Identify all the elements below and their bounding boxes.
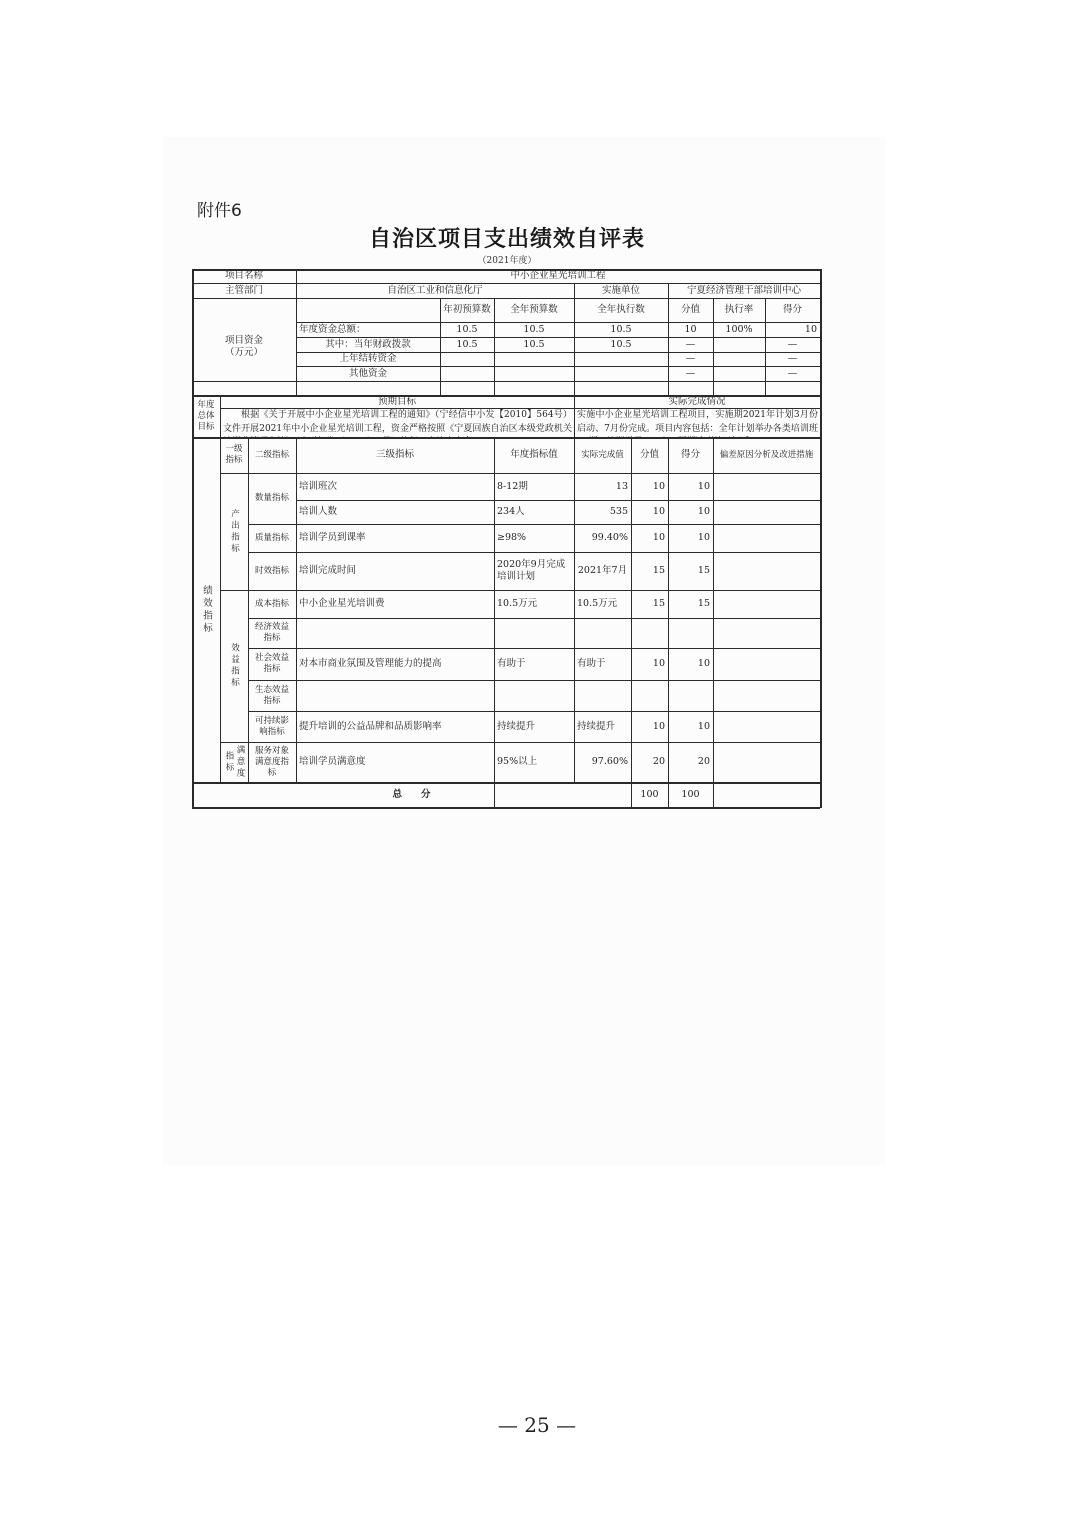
department-label: 主管部门	[192, 283, 296, 298]
target-value: 有助于	[494, 648, 574, 680]
performance-indicators-label: 绩效指标	[192, 437, 220, 782]
funds-score_value: —	[668, 337, 713, 352]
actual-value: 2021年7月	[574, 552, 631, 590]
funds-score: —	[765, 352, 820, 366]
funds-rate: 100%	[713, 322, 765, 337]
header-actual: 实际完成值	[574, 437, 631, 473]
level3-indicator: 中小企业星光培训费	[296, 590, 494, 618]
score	[668, 618, 713, 648]
funds-rate	[713, 352, 765, 366]
level1-group-label: 满意度指标	[220, 742, 248, 782]
implementer-value: 宁夏经济管理干部培训中心	[668, 283, 820, 298]
expected-goal-text: 根据《关于开展中小企业星光培训工程的通知》（宁经信中小发【2010】564号）文…	[221, 409, 574, 437]
funds-header: 分值	[668, 298, 713, 322]
deviation-analysis	[713, 742, 820, 782]
funds-header: 得分	[765, 298, 820, 322]
level1-group-label: 效益指标	[220, 590, 248, 742]
score-value: 20	[631, 742, 668, 782]
actual-value: 有助于	[574, 648, 631, 680]
performance-evaluation-table: 项目名称中小企业星光培训工程主管部门自治区工业和信息化厅实施单位宁夏经济管理干部…	[0, 0, 1074, 1520]
score-value: 15	[631, 552, 668, 590]
score-value: 10	[631, 711, 668, 742]
level3-indicator: 培训人数	[296, 500, 494, 524]
target-value: 234人	[494, 500, 574, 524]
level3-indicator: 培训完成时间	[296, 552, 494, 590]
level3-indicator: 提升培训的公益品牌和品质影响率	[296, 711, 494, 742]
expected-goal-header: 预期目标	[220, 395, 574, 408]
level2-label: 生态效益指标	[248, 680, 296, 711]
deviation-analysis	[713, 680, 820, 711]
actual-value: 持续提升	[574, 711, 631, 742]
level2-label: 可持续影响指标	[248, 711, 296, 742]
funds-annual: 10.5	[494, 322, 574, 337]
deviation-analysis	[713, 524, 820, 552]
score-value: 10	[631, 648, 668, 680]
department-value: 自治区工业和信息化厅	[296, 283, 574, 298]
actual-status-text: 实施中小企业星光培训工程项目，实施期2021年计划3月份启动、7月份完成。项目内…	[575, 409, 820, 437]
score: 10	[668, 500, 713, 524]
table-rule	[192, 807, 820, 809]
funds-initial: 10.5	[440, 322, 494, 337]
score: 10	[668, 648, 713, 680]
score-value: 10	[631, 473, 668, 500]
score	[668, 680, 713, 711]
funds-executed: 10.5	[574, 322, 668, 337]
deviation-analysis	[713, 473, 820, 500]
score: 20	[668, 742, 713, 782]
page-number: — 25 —	[0, 1413, 1074, 1437]
funds-row-name: 其中：当年财政拨款	[296, 337, 440, 352]
header-score-value: 分值	[631, 437, 668, 473]
total-score-value: 100	[631, 782, 668, 807]
header-level3: 三级指标	[296, 437, 494, 473]
funds-row-name: 上年结转资金	[296, 352, 440, 366]
header-analysis: 偏差原因分析及改进措施	[713, 437, 820, 473]
level2-label: 成本指标	[248, 590, 296, 618]
score: 15	[668, 552, 713, 590]
actual-value: 97.60%	[574, 742, 631, 782]
funds-annual: 10.5	[494, 337, 574, 352]
actual-value	[574, 618, 631, 648]
header-score: 得分	[668, 437, 713, 473]
deviation-analysis	[713, 552, 820, 590]
level2-label: 质量指标	[248, 524, 296, 552]
funds-executed	[574, 352, 668, 366]
level1-group-label: 产出指标	[220, 473, 248, 590]
funds-initial	[440, 352, 494, 366]
header-level1: 一级指标	[220, 437, 248, 473]
funds-executed	[574, 366, 668, 381]
actual-value: 99.40%	[574, 524, 631, 552]
deviation-analysis	[713, 618, 820, 648]
deviation-analysis	[713, 648, 820, 680]
target-value: 8-12期	[494, 473, 574, 500]
funds-row-name: 其他资金	[296, 366, 440, 381]
funds-rate	[713, 337, 765, 352]
deviation-analysis	[713, 500, 820, 524]
funds-header: 全年执行数	[574, 298, 668, 322]
actual-status-header: 实际完成情况	[574, 395, 820, 408]
total-score: 100	[668, 782, 713, 807]
target-value: 持续提升	[494, 711, 574, 742]
score-value: 10	[631, 524, 668, 552]
level3-indicator	[296, 618, 494, 648]
funds-annual	[494, 366, 574, 381]
total-label: 总 分	[192, 782, 631, 807]
implementer-label: 实施单位	[574, 283, 668, 298]
score: 10	[668, 524, 713, 552]
funds-score: 10	[765, 322, 820, 337]
level3-indicator: 培训班次	[296, 473, 494, 500]
level3-indicator: 对本市商业氛围及管理能力的提高	[296, 648, 494, 680]
level2-label: 经济效益指标	[248, 618, 296, 648]
deviation-analysis	[713, 590, 820, 618]
actual-value: 10.5万元	[574, 590, 631, 618]
funds-header: 年初预算数	[440, 298, 494, 322]
deviation-analysis	[713, 711, 820, 742]
header-target: 年度指标值	[494, 437, 574, 473]
level3-indicator	[296, 680, 494, 711]
target-value	[494, 680, 574, 711]
actual-value	[574, 680, 631, 711]
project-name-value: 中小企业星光培训工程	[296, 269, 820, 283]
level2-label: 社会效益指标	[248, 648, 296, 680]
funds-label-line: 项目资金	[225, 335, 263, 347]
funds-initial: 10.5	[440, 337, 494, 352]
funds-annual	[494, 352, 574, 366]
funds-label-unit: （万元）	[225, 347, 263, 359]
score: 10	[668, 711, 713, 742]
funds-header: 执行率	[713, 298, 765, 322]
score-value	[631, 618, 668, 648]
score: 10	[668, 473, 713, 500]
target-value: 95%以上	[494, 742, 574, 782]
project-name-label: 项目名称	[192, 269, 296, 283]
funds-score: —	[765, 366, 820, 381]
score-value: 15	[631, 590, 668, 618]
table-rule	[820, 269, 822, 808]
funds-row-name: 年度资金总额：	[296, 322, 440, 337]
level2-label: 数量指标	[248, 473, 296, 524]
level3-indicator: 培训学员满意度	[296, 742, 494, 782]
target-value: 10.5万元	[494, 590, 574, 618]
level2-label: 服务对象满意度指标	[248, 742, 296, 782]
level2-label: 时效指标	[248, 552, 296, 590]
target-value: ≥98%	[494, 524, 574, 552]
funds-score: —	[765, 337, 820, 352]
funds-header: 全年预算数	[494, 298, 574, 322]
score-value	[631, 680, 668, 711]
level3-indicator: 培训学员到课率	[296, 524, 494, 552]
funds-rate	[713, 366, 765, 381]
actual-value: 13	[574, 473, 631, 500]
actual-value: 535	[574, 500, 631, 524]
funds-score_value: —	[668, 352, 713, 366]
funds-score_value: —	[668, 366, 713, 381]
target-value: 2020年9月完成培训计划	[494, 552, 574, 590]
header-level2: 二级指标	[248, 437, 296, 473]
score: 15	[668, 590, 713, 618]
annual-goal-label: 年度总体目标	[192, 395, 220, 437]
funds-executed: 10.5	[574, 337, 668, 352]
funds-initial	[440, 366, 494, 381]
target-value	[494, 618, 574, 648]
funds-score_value: 10	[668, 322, 713, 337]
score-value: 10	[631, 500, 668, 524]
funds-label: 项目资金（万元）	[192, 298, 296, 395]
